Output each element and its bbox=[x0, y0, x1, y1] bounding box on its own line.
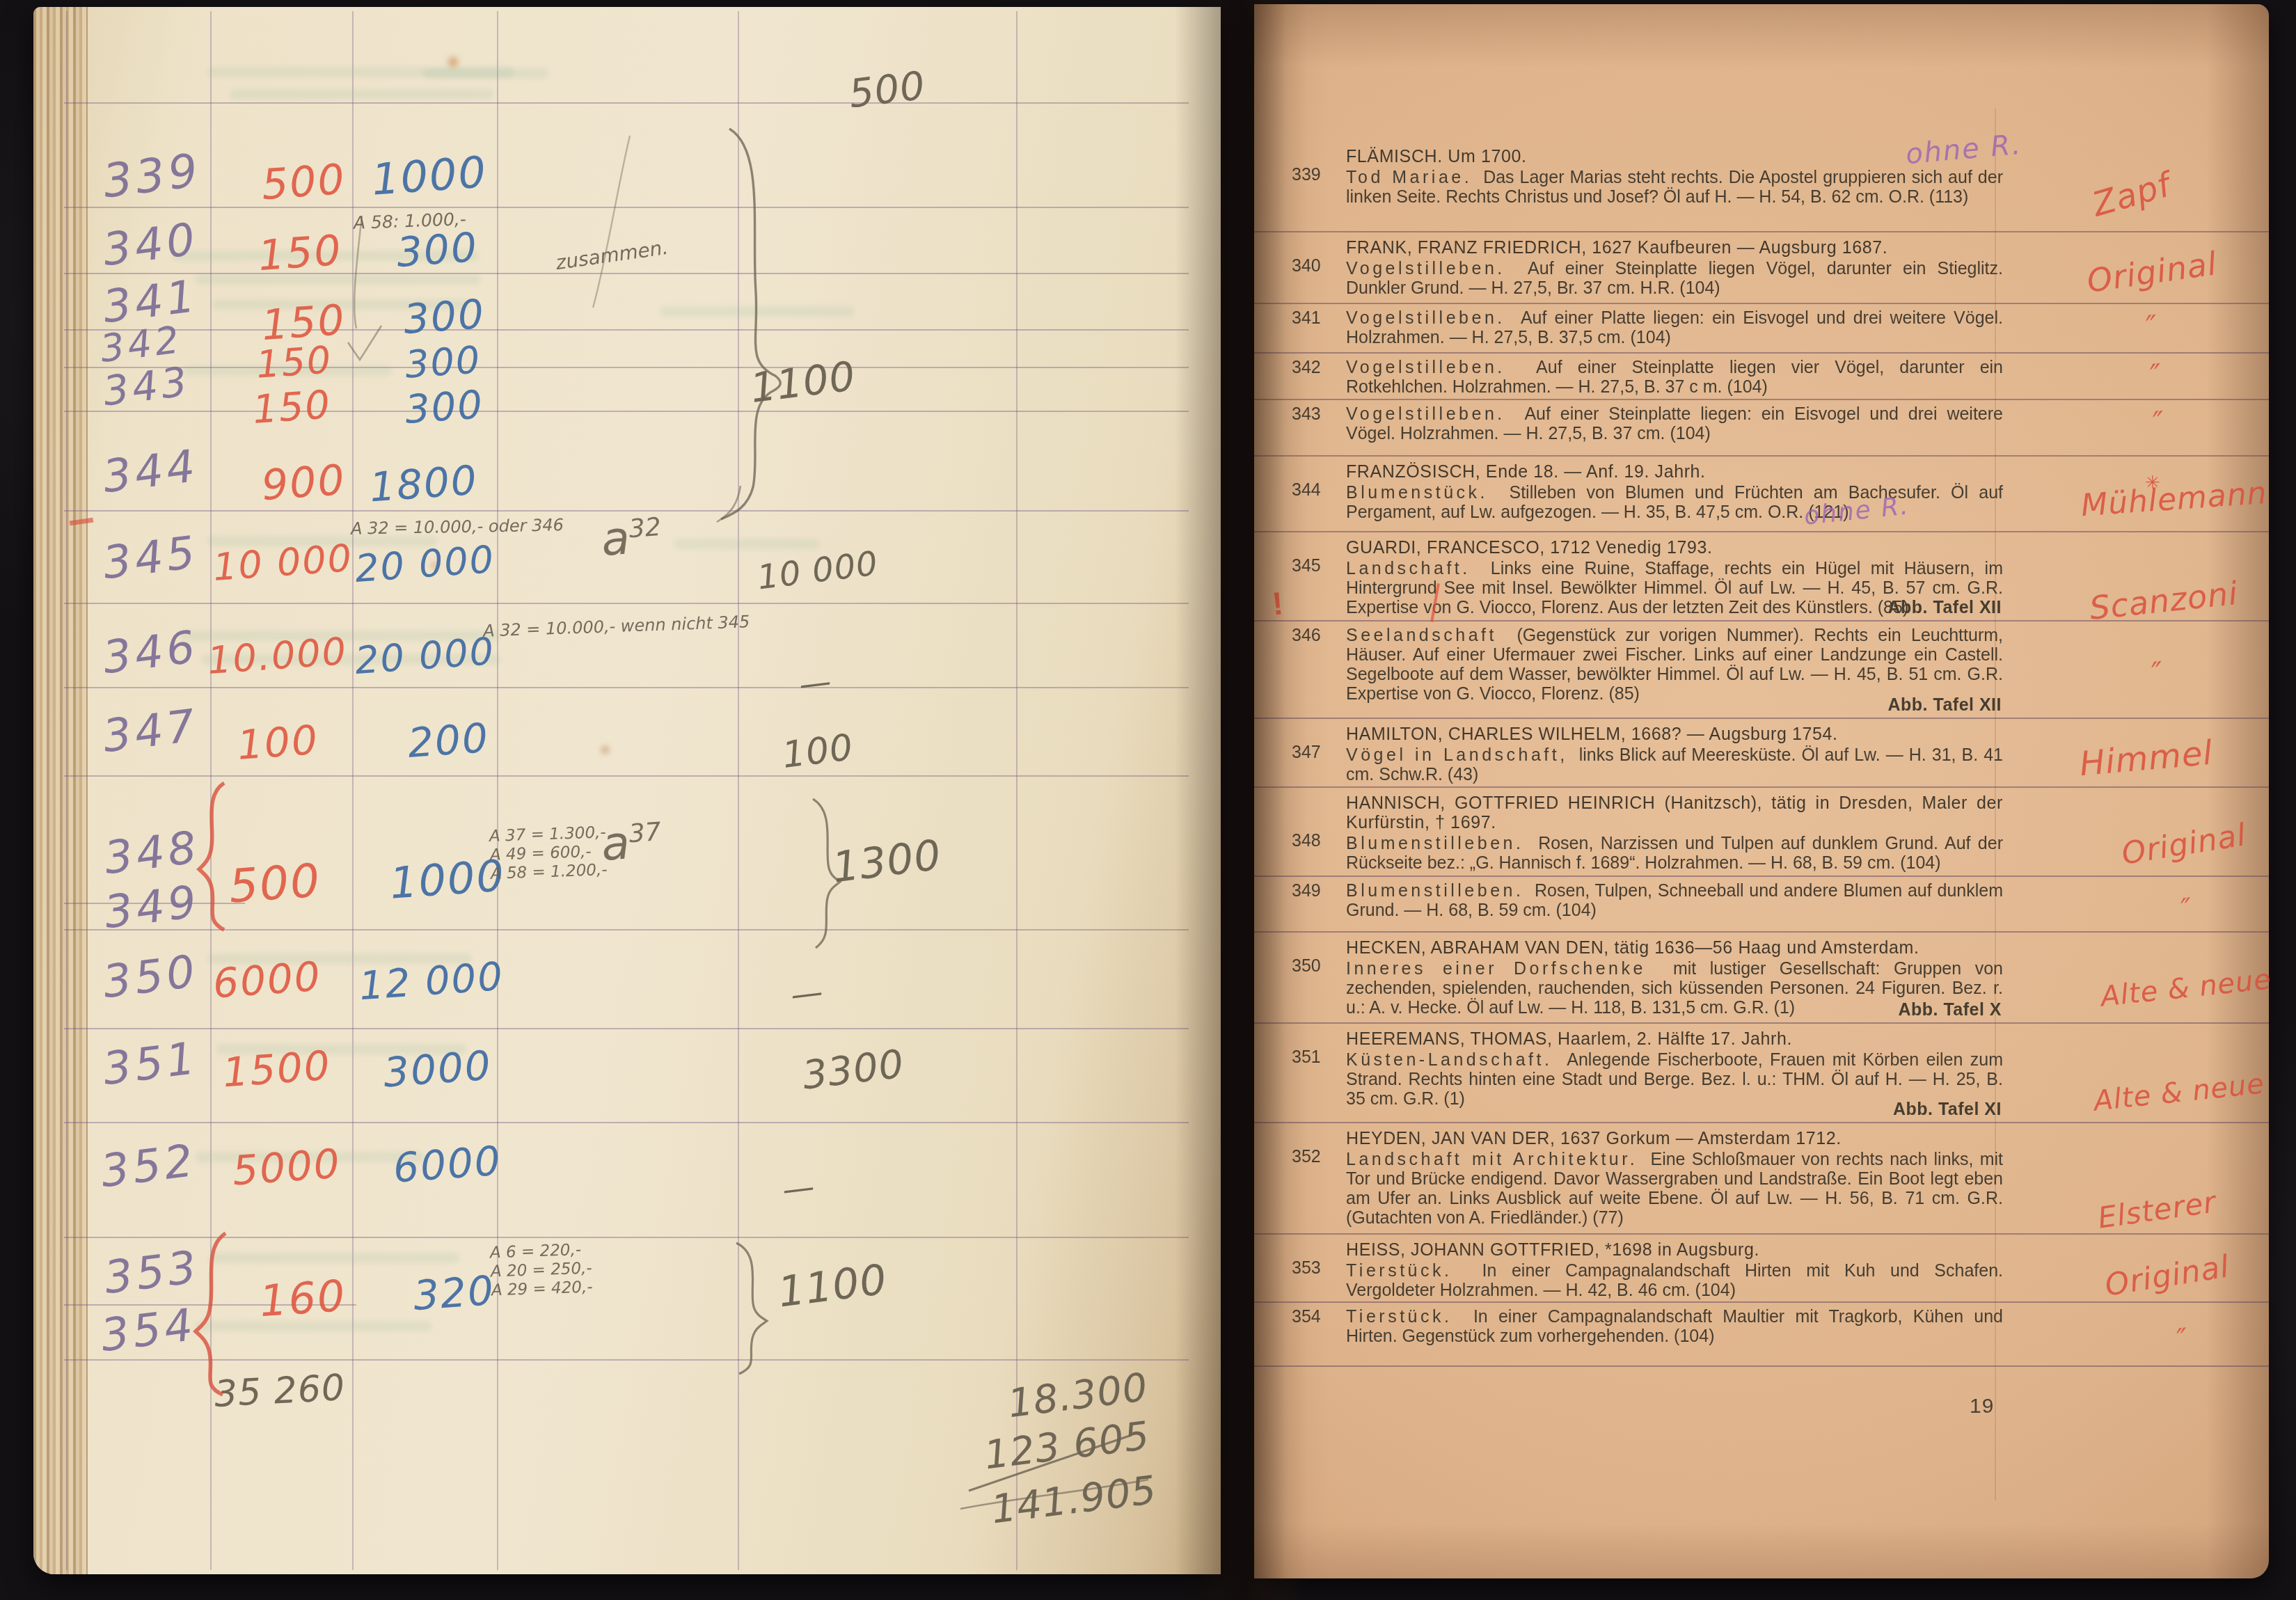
margin-annotation-star: ✳ bbox=[2145, 472, 2160, 493]
entry-title: Landschaft mit Architektur. bbox=[1346, 1150, 1638, 1169]
entry-number: 345 bbox=[1292, 556, 1340, 576]
entry-body: Blumenstilleben. Rosen, Narzissen und Tu… bbox=[1346, 834, 2003, 873]
entry-body: Landschaft mit Architektur. Eine Schloßm… bbox=[1346, 1150, 2003, 1228]
stain bbox=[601, 746, 609, 754]
ledger-row-rule bbox=[64, 1028, 1189, 1029]
entry-body: Tierstück. In einer Campagnalandschaft H… bbox=[1346, 1261, 2003, 1300]
pencil-note: zusammen. bbox=[554, 236, 670, 274]
print-bleed-through bbox=[660, 306, 855, 317]
entry-number: 351 bbox=[1292, 1047, 1340, 1067]
artist-header: GUARDI, FRANCESCO, 1712 Venedig 1793. bbox=[1346, 538, 2003, 557]
entry-number: 340 bbox=[1292, 256, 1340, 276]
catalog-entry: 342Vogelstilleben. Auf einer Steinplatte… bbox=[1254, 354, 2269, 400]
ledger-column-rule bbox=[352, 11, 354, 1570]
page-number: 19 bbox=[1970, 1395, 1994, 1418]
group-ask-price: 500 bbox=[228, 857, 322, 910]
result-value: 500 bbox=[847, 67, 928, 115]
print-bleed-through bbox=[423, 68, 548, 79]
entry-title: Vögel in Landschaft, bbox=[1346, 745, 1568, 765]
ledger-row-rule bbox=[64, 929, 1189, 930]
page-crease bbox=[1995, 109, 1996, 1500]
entry-title: Landschaft. bbox=[1346, 559, 1471, 578]
result-value: 3300 bbox=[800, 1045, 906, 1095]
artist-header: HANNISCH, GOTTFRIED HEINRICH (Hanitzsch)… bbox=[1346, 793, 2003, 832]
ledger-column-rule bbox=[210, 11, 212, 1570]
pencil-a-mark: a32 bbox=[600, 513, 663, 563]
ask-price: 150 bbox=[255, 341, 333, 383]
ask-price: 900 bbox=[260, 459, 347, 507]
ask-price: 500 bbox=[260, 159, 347, 206]
ask-price: 100 bbox=[236, 720, 319, 766]
hammer-price: 200 bbox=[406, 718, 490, 763]
entry-body: Vogelstilleben. Auf einer Steinplatte li… bbox=[1346, 259, 2003, 298]
artist-header: HECKEN, ABRAHAM VAN DEN, tätig 1636—56 H… bbox=[1346, 938, 2003, 958]
ask-price: 10 000 bbox=[212, 539, 354, 587]
ask-price: 150 bbox=[251, 386, 333, 430]
ask-price: 150 bbox=[257, 230, 343, 277]
entry-number: 353 bbox=[1292, 1258, 1340, 1278]
catalog-entry: HANNISCH, GOTTFRIED HEINRICH (Hanitzsch)… bbox=[1254, 788, 2269, 877]
lot-number: 339 bbox=[101, 148, 204, 205]
ledger-row-rule bbox=[64, 329, 1189, 331]
pencil-note: A 32 = 10.000,- oder 346 bbox=[351, 515, 564, 539]
entry-number: 352 bbox=[1292, 1147, 1340, 1166]
lot-number: 349 bbox=[102, 880, 203, 935]
result-value: 100 bbox=[780, 729, 855, 774]
ledger-column-rule bbox=[497, 11, 498, 1570]
entry-number: 349 bbox=[1292, 881, 1340, 901]
catalog-entry: 341Vogelstilleben. Auf einer Platte lieg… bbox=[1254, 304, 2269, 354]
entry-number: 339 bbox=[1292, 165, 1340, 184]
hammer-price: 20 000 bbox=[354, 633, 496, 680]
entry-body: Seelandschaft (Gegenstück zur vorigen Nu… bbox=[1346, 626, 2003, 704]
print-bleed-through bbox=[195, 274, 480, 285]
lot-number: 344 bbox=[101, 444, 201, 500]
result-value: 10 000 bbox=[756, 547, 880, 595]
entry-number: 354 bbox=[1292, 1307, 1340, 1326]
ledger-column-rule bbox=[1016, 11, 1018, 1570]
plate-reference: Abb. Tafel XII bbox=[1888, 598, 2002, 617]
ledger-row-rule bbox=[64, 775, 1189, 777]
ask-price: 6000 bbox=[212, 956, 322, 1004]
hammer-price: 3000 bbox=[382, 1045, 493, 1093]
ledger-row-rule bbox=[64, 102, 1189, 104]
ledger-column-rule bbox=[66, 11, 68, 1570]
lot-number: 350 bbox=[101, 949, 201, 1005]
lot-number: 353 bbox=[102, 1245, 203, 1301]
lot-number: 348 bbox=[102, 825, 203, 881]
pencil-note: A 32 = 10.000,- wenn nicht 345 bbox=[483, 612, 750, 641]
lot-number: 347 bbox=[101, 704, 201, 759]
entry-title: Küsten-Landschaft. bbox=[1346, 1050, 1552, 1070]
catalog-entry: 346Seelandschaft (Gegenstück zur vorigen… bbox=[1254, 621, 2269, 719]
result-total-line: 141.905 bbox=[989, 1471, 1159, 1530]
entry-title: Tod Mariae. bbox=[1346, 168, 1472, 187]
entry-title: Inneres einer Dorfschenke bbox=[1346, 959, 1646, 979]
lot-number: 346 bbox=[101, 625, 201, 681]
artist-header: HEEREMANS, THOMAS, Haarlem, 2. Hälfte 17… bbox=[1346, 1029, 2003, 1049]
ledger-row-rule bbox=[64, 207, 1189, 208]
lot-number: 340 bbox=[101, 217, 201, 273]
lot-number: 354 bbox=[99, 1303, 199, 1359]
entry-title: Blumenstilleben. bbox=[1346, 881, 1523, 901]
entry-title: Vogelstilleben. bbox=[1346, 259, 1505, 278]
hammer-price: 20 000 bbox=[354, 541, 496, 588]
print-bleed-through bbox=[674, 539, 820, 549]
ask-price: 1500 bbox=[221, 1045, 332, 1093]
lot-number: 343 bbox=[101, 361, 193, 412]
ledger-row-rule bbox=[64, 1122, 1189, 1123]
ledger-column-rule bbox=[738, 11, 739, 1570]
print-bleed-through bbox=[230, 89, 494, 100]
hammer-price: 1000 bbox=[370, 150, 489, 201]
catalog-page-right: FLÄMISCH. Um 1700.339Tod Mariae. Das Lag… bbox=[1254, 4, 2269, 1578]
lot-number: 351 bbox=[101, 1036, 201, 1092]
entry-title: Vogelstilleben. bbox=[1346, 358, 1505, 377]
ledger-row-rule bbox=[64, 411, 1189, 412]
catalog-entry: 349Blumenstilleben. Rosen, Tulpen, Schne… bbox=[1254, 877, 2269, 933]
entry-title: Vogelstilleben. bbox=[1346, 404, 1505, 424]
entry-title: Blumenstilleben. bbox=[1346, 834, 1523, 853]
entry-number: 348 bbox=[1292, 831, 1340, 850]
entry-title: Tierstück. bbox=[1346, 1307, 1452, 1326]
ask-column-total: 35 260 bbox=[214, 1370, 346, 1413]
pencil-note-block: A 37 = 1.300,- A 49 = 600,- A 58 = 1.200… bbox=[489, 823, 608, 884]
plate-reference: Abb. Tafel X bbox=[1898, 1000, 2002, 1020]
artist-header: HEISS, JOHANN GOTTFRIED, *1698 in Augsbu… bbox=[1346, 1240, 2003, 1260]
entry-title: Seelandschaft bbox=[1346, 626, 1497, 645]
entry-number: 347 bbox=[1292, 743, 1340, 762]
ledger-row-rule bbox=[64, 1237, 1189, 1238]
hammer-price: 300 bbox=[402, 294, 486, 340]
catalog-entry: 354Tierstück. In einer Campagnalandschaf… bbox=[1254, 1303, 2269, 1367]
ledger-page-left: 3395001000500340150300341150300342150300… bbox=[33, 7, 1221, 1574]
entry-body: Blumenstilleben. Rosen, Tulpen, Schneeba… bbox=[1346, 881, 2003, 920]
group-result-value: 1300 bbox=[830, 834, 944, 889]
entry-body: Vögel in Landschaft, links Blick auf Mee… bbox=[1346, 745, 2003, 784]
hammer-price: 300 bbox=[395, 227, 479, 273]
entry-number: 341 bbox=[1292, 308, 1340, 328]
entry-number: 350 bbox=[1292, 956, 1340, 976]
entry-body: Tierstück. In einer Campagnalandschaft M… bbox=[1346, 1307, 2003, 1346]
ledger-row-rule bbox=[64, 687, 1189, 688]
lot-number: 352 bbox=[99, 1139, 199, 1194]
pencil-note: A 58: 1.000,- bbox=[354, 209, 467, 233]
stain bbox=[448, 57, 458, 67]
page-stack-edges bbox=[33, 7, 88, 1574]
ledger-row-rule bbox=[64, 1359, 1189, 1361]
artist-header: FRANK, FRANZ FRIEDRICH, 1627 Kaufbeuren … bbox=[1346, 238, 2003, 258]
entry-number: 346 bbox=[1292, 626, 1340, 645]
artist-header: HAMILTON, CHARLES WILHELM, 1668? — Augsb… bbox=[1346, 724, 2003, 744]
group-hammer-price: 1000 bbox=[388, 854, 507, 905]
group-result-value: 1100 bbox=[776, 1259, 889, 1314]
group-ask-price: 160 bbox=[258, 1274, 347, 1324]
result-dash: — bbox=[789, 975, 825, 1011]
entry-body: Tod Mariae. Das Lager Marias steht recht… bbox=[1346, 168, 2003, 207]
entry-number: 344 bbox=[1292, 480, 1340, 500]
hammer-price: 1800 bbox=[368, 460, 479, 508]
ask-price: 5000 bbox=[231, 1143, 342, 1191]
lot-number: 345 bbox=[101, 530, 201, 586]
hammer-price: 6000 bbox=[392, 1141, 502, 1189]
pencil-a-mark: a37 bbox=[600, 818, 663, 868]
artist-header: FRANZÖSISCH, Ende 18. — Anf. 19. Jahrh. bbox=[1346, 462, 2003, 482]
plate-reference: Abb. Tafel XI bbox=[1893, 1100, 2002, 1119]
plate-reference: Abb. Tafel XII bbox=[1888, 695, 2002, 715]
entry-title: Blumenstück. bbox=[1346, 483, 1488, 502]
pencil-note-block: A 6 = 220,- A 20 = 250,- A 29 = 420,- bbox=[490, 1240, 593, 1300]
entry-body: Vogelstilleben. Auf einer Platte liegen:… bbox=[1346, 308, 2003, 347]
hammer-price: 300 bbox=[404, 386, 485, 430]
result-dash: — bbox=[797, 665, 833, 700]
scanned-auction-ledger-spread: 3395001000500340150300341150300342150300… bbox=[0, 0, 2296, 1600]
print-bleed-through bbox=[209, 1253, 459, 1263]
entry-body: Vogelstilleben. Auf einer Steinplatte li… bbox=[1346, 358, 2003, 397]
group-result-value: 1100 bbox=[748, 356, 858, 409]
result-total-line: 123 605 bbox=[982, 1417, 1152, 1476]
entry-title: Tierstück. bbox=[1346, 1261, 1452, 1281]
artist-header: FLÄMISCH. Um 1700. bbox=[1346, 147, 2003, 166]
entry-number: 343 bbox=[1292, 404, 1340, 424]
group-hammer-price: 320 bbox=[412, 1270, 496, 1316]
result-dash: — bbox=[780, 1170, 816, 1205]
hammer-price: 12 000 bbox=[358, 958, 505, 1006]
artist-header: HEYDEN, JAN VAN DER, 1637 Gorkum — Amste… bbox=[1346, 1129, 2003, 1148]
catalog-entry: 343Vogelstilleben. Auf einer Steinplatte… bbox=[1254, 400, 2269, 457]
ask-price: 10.000 bbox=[206, 633, 348, 680]
entry-title: Vogelstilleben. bbox=[1346, 308, 1505, 328]
entry-body: Vogelstilleben. Auf einer Steinplatte li… bbox=[1346, 404, 2003, 443]
ledger-row-rule bbox=[64, 603, 1189, 604]
entry-number: 342 bbox=[1292, 358, 1340, 377]
hammer-price: 300 bbox=[404, 341, 482, 383]
